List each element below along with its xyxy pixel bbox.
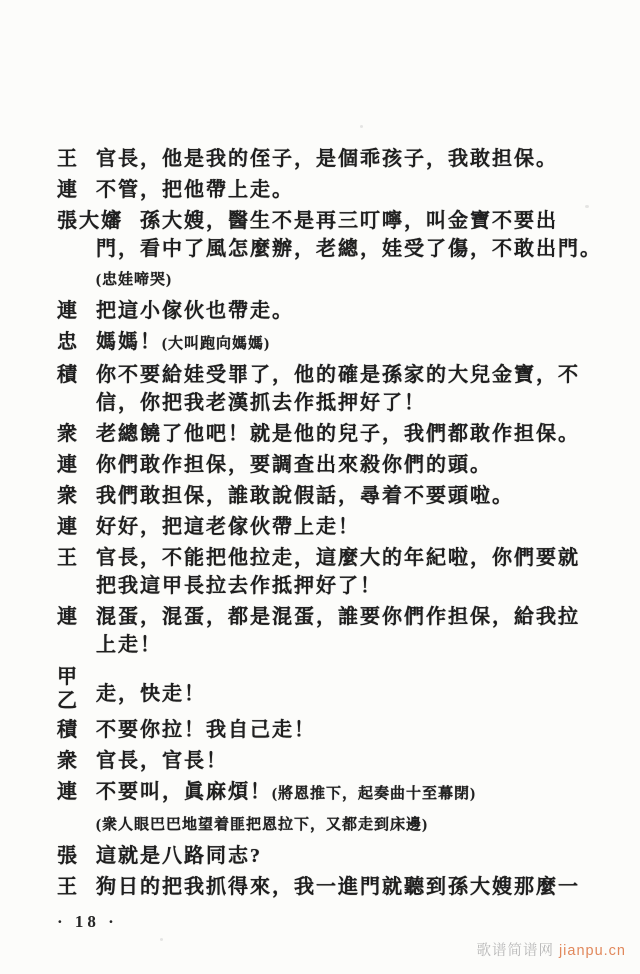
- scan-speck: [360, 125, 363, 128]
- speaker-label: 忠: [57, 331, 79, 354]
- dialogue-text: 好好，把這老傢伙帶上走！: [96, 516, 597, 539]
- dialogue-text: 走，快走！: [96, 672, 597, 706]
- speaker-label: 積: [57, 719, 79, 742]
- script-line: 王官長，他是我的侄子，是個乖孩子，我敢担保。: [57, 148, 597, 171]
- speaker-label: 衆: [57, 485, 79, 508]
- scan-speck: [585, 205, 589, 208]
- dialogue-text: 上走！: [57, 634, 597, 657]
- speaker-label: 甲: [57, 665, 79, 689]
- dialogue-text: 官長，官長！: [96, 750, 597, 773]
- script-line: 忠媽媽！(大叫跑向媽媽): [57, 331, 597, 356]
- speaker-label: 衆: [57, 423, 79, 446]
- script-line: 王官長，不能把他拉走，這麼大的年紀啦，你們要就: [57, 547, 597, 570]
- script-text-block: 王官長，他是我的侄子，是個乖孩子，我敢担保。連不管，把他帶上走。張大嬸孫大嫂，醫…: [57, 148, 597, 907]
- script-line: 王狗日的把我抓得來，我一進門就聽到孫大嫂那麼一: [57, 876, 597, 899]
- dialogue-text: 混蛋，混蛋，都是混蛋，誰要你們作担保，給我拉: [96, 606, 597, 629]
- script-line: 衆老總饒了他吧！就是他的兒子，我們都敢作担保。: [57, 423, 597, 446]
- watermark: 歌谱简谱网jianpu.cn: [476, 939, 626, 960]
- script-line: 積不要你拉！我自己走！: [57, 719, 597, 742]
- speaker-label: 乙: [57, 689, 79, 713]
- scanned-script-page: 王官長，他是我的侄子，是個乖孩子，我敢担保。連不管，把他帶上走。張大嬸孫大嫂，醫…: [0, 0, 640, 974]
- dialogue-text: 門，看中了風怎麼辦，老總，娃受了傷，不敢出門。: [57, 238, 602, 261]
- dialogue-text: 狗日的把我抓得來，我一進門就聽到孫大嫂那麼一: [96, 876, 597, 899]
- script-line: 把我這甲長拉去作抵押好了！: [57, 575, 597, 598]
- script-line: 連把這小傢伙也帶走。: [57, 300, 597, 323]
- script-line: 衆官長，官長！: [57, 750, 597, 773]
- dialogue-text: 你不要給娃受罪了，他的確是孫家的大兒金寶，不: [96, 364, 597, 387]
- script-line: (忠娃啼哭): [57, 269, 597, 292]
- dialogue-text: 我們敢担保，誰敢說假話，尋着不要頭啦。: [96, 485, 597, 508]
- speaker-label: 王: [57, 148, 79, 171]
- dialogue-text: 媽媽！(大叫跑向媽媽): [96, 331, 597, 356]
- script-line: 上走！: [57, 634, 597, 657]
- script-line: 積你不要給娃受罪了，他的確是孫家的大兒金寶，不: [57, 364, 597, 387]
- speaker-label: 王: [57, 876, 79, 899]
- dialogue-text: 不管，把他帶上走。: [96, 179, 597, 202]
- dialogue-text: 把這小傢伙也帶走。: [96, 300, 597, 323]
- script-line: 連不要叫，眞麻煩！(將恩推下，起奏曲十至幕閉): [57, 781, 597, 806]
- dialogue-text: 信，你把我老漢抓去作抵押好了！: [57, 392, 597, 415]
- dialogue-text: 官長，不能把他拉走，這麼大的年紀啦，你們要就: [96, 547, 597, 570]
- speaker-label: 連: [57, 454, 79, 477]
- watermark-site-url[interactable]: jianpu.cn: [559, 943, 626, 959]
- speaker-label: 張大嬸: [57, 210, 123, 233]
- speaker-label-stack: 甲乙: [57, 665, 79, 713]
- stage-direction-inline: (大叫跑向媽媽): [162, 336, 270, 352]
- script-line: 衆我們敢担保，誰敢說假話，尋着不要頭啦。: [57, 485, 597, 508]
- script-line: 甲乙走，快走！: [57, 665, 597, 713]
- speaker-label: 張: [57, 845, 79, 868]
- stage-direction-inline: (將恩推下，起奏曲十至幕閉): [272, 786, 476, 802]
- script-line: 連混蛋，混蛋，都是混蛋，誰要你們作担保，給我拉: [57, 606, 597, 629]
- script-line: 連好好，把這老傢伙帶上走！: [57, 516, 597, 539]
- script-line: 信，你把我老漢抓去作抵押好了！: [57, 392, 597, 415]
- script-line: 張大嬸孫大嫂，醫生不是再三叮嚀，叫金寶不要出: [57, 210, 597, 233]
- script-line: 門，看中了風怎麼辦，老總，娃受了傷，不敢出門。: [57, 238, 597, 261]
- watermark-site-name: 歌谱简谱网: [476, 943, 554, 959]
- scan-speck: [160, 938, 163, 941]
- dialogue-text: 官長，他是我的侄子，是個乖孩子，我敢担保。: [96, 148, 597, 171]
- speaker-label: 連: [57, 179, 79, 202]
- script-line: 連不管，把他帶上走。: [57, 179, 597, 202]
- script-line: 連你們敢作担保，要調查出來殺你們的頭。: [57, 454, 597, 477]
- dialogue-text: 這就是八路同志?: [96, 845, 597, 868]
- speaker-label: 連: [57, 606, 79, 629]
- dialogue-text: 孫大嫂，醫生不是再三叮嚀，叫金寶不要出: [140, 210, 597, 233]
- dialogue-text: 不要你拉！我自己走！: [96, 719, 597, 742]
- speaker-label: 王: [57, 547, 79, 570]
- speaker-label: 連: [57, 781, 79, 804]
- page-number: · 18 ·: [57, 912, 118, 932]
- script-line: (衆人眼巴巴地望着匪把恩拉下，又都走到床邊): [57, 814, 597, 837]
- dialogue-text: 不要叫，眞麻煩！(將恩推下，起奏曲十至幕閉): [96, 781, 597, 806]
- dialogue-text: 把我這甲長拉去作抵押好了！: [57, 575, 597, 598]
- speaker-label: 衆: [57, 750, 79, 773]
- dialogue-text: 你們敢作担保，要調查出來殺你們的頭。: [96, 454, 597, 477]
- speaker-label: 連: [57, 300, 79, 323]
- speaker-label: 連: [57, 516, 79, 539]
- stage-direction: (衆人眼巴巴地望着匪把恩拉下，又都走到床邊): [57, 814, 597, 837]
- script-line: 張這就是八路同志?: [57, 845, 597, 868]
- scan-speck: [100, 160, 103, 163]
- stage-direction: (忠娃啼哭): [57, 269, 597, 292]
- dialogue-text: 老總饒了他吧！就是他的兒子，我們都敢作担保。: [96, 423, 597, 446]
- speaker-label: 積: [57, 364, 79, 387]
